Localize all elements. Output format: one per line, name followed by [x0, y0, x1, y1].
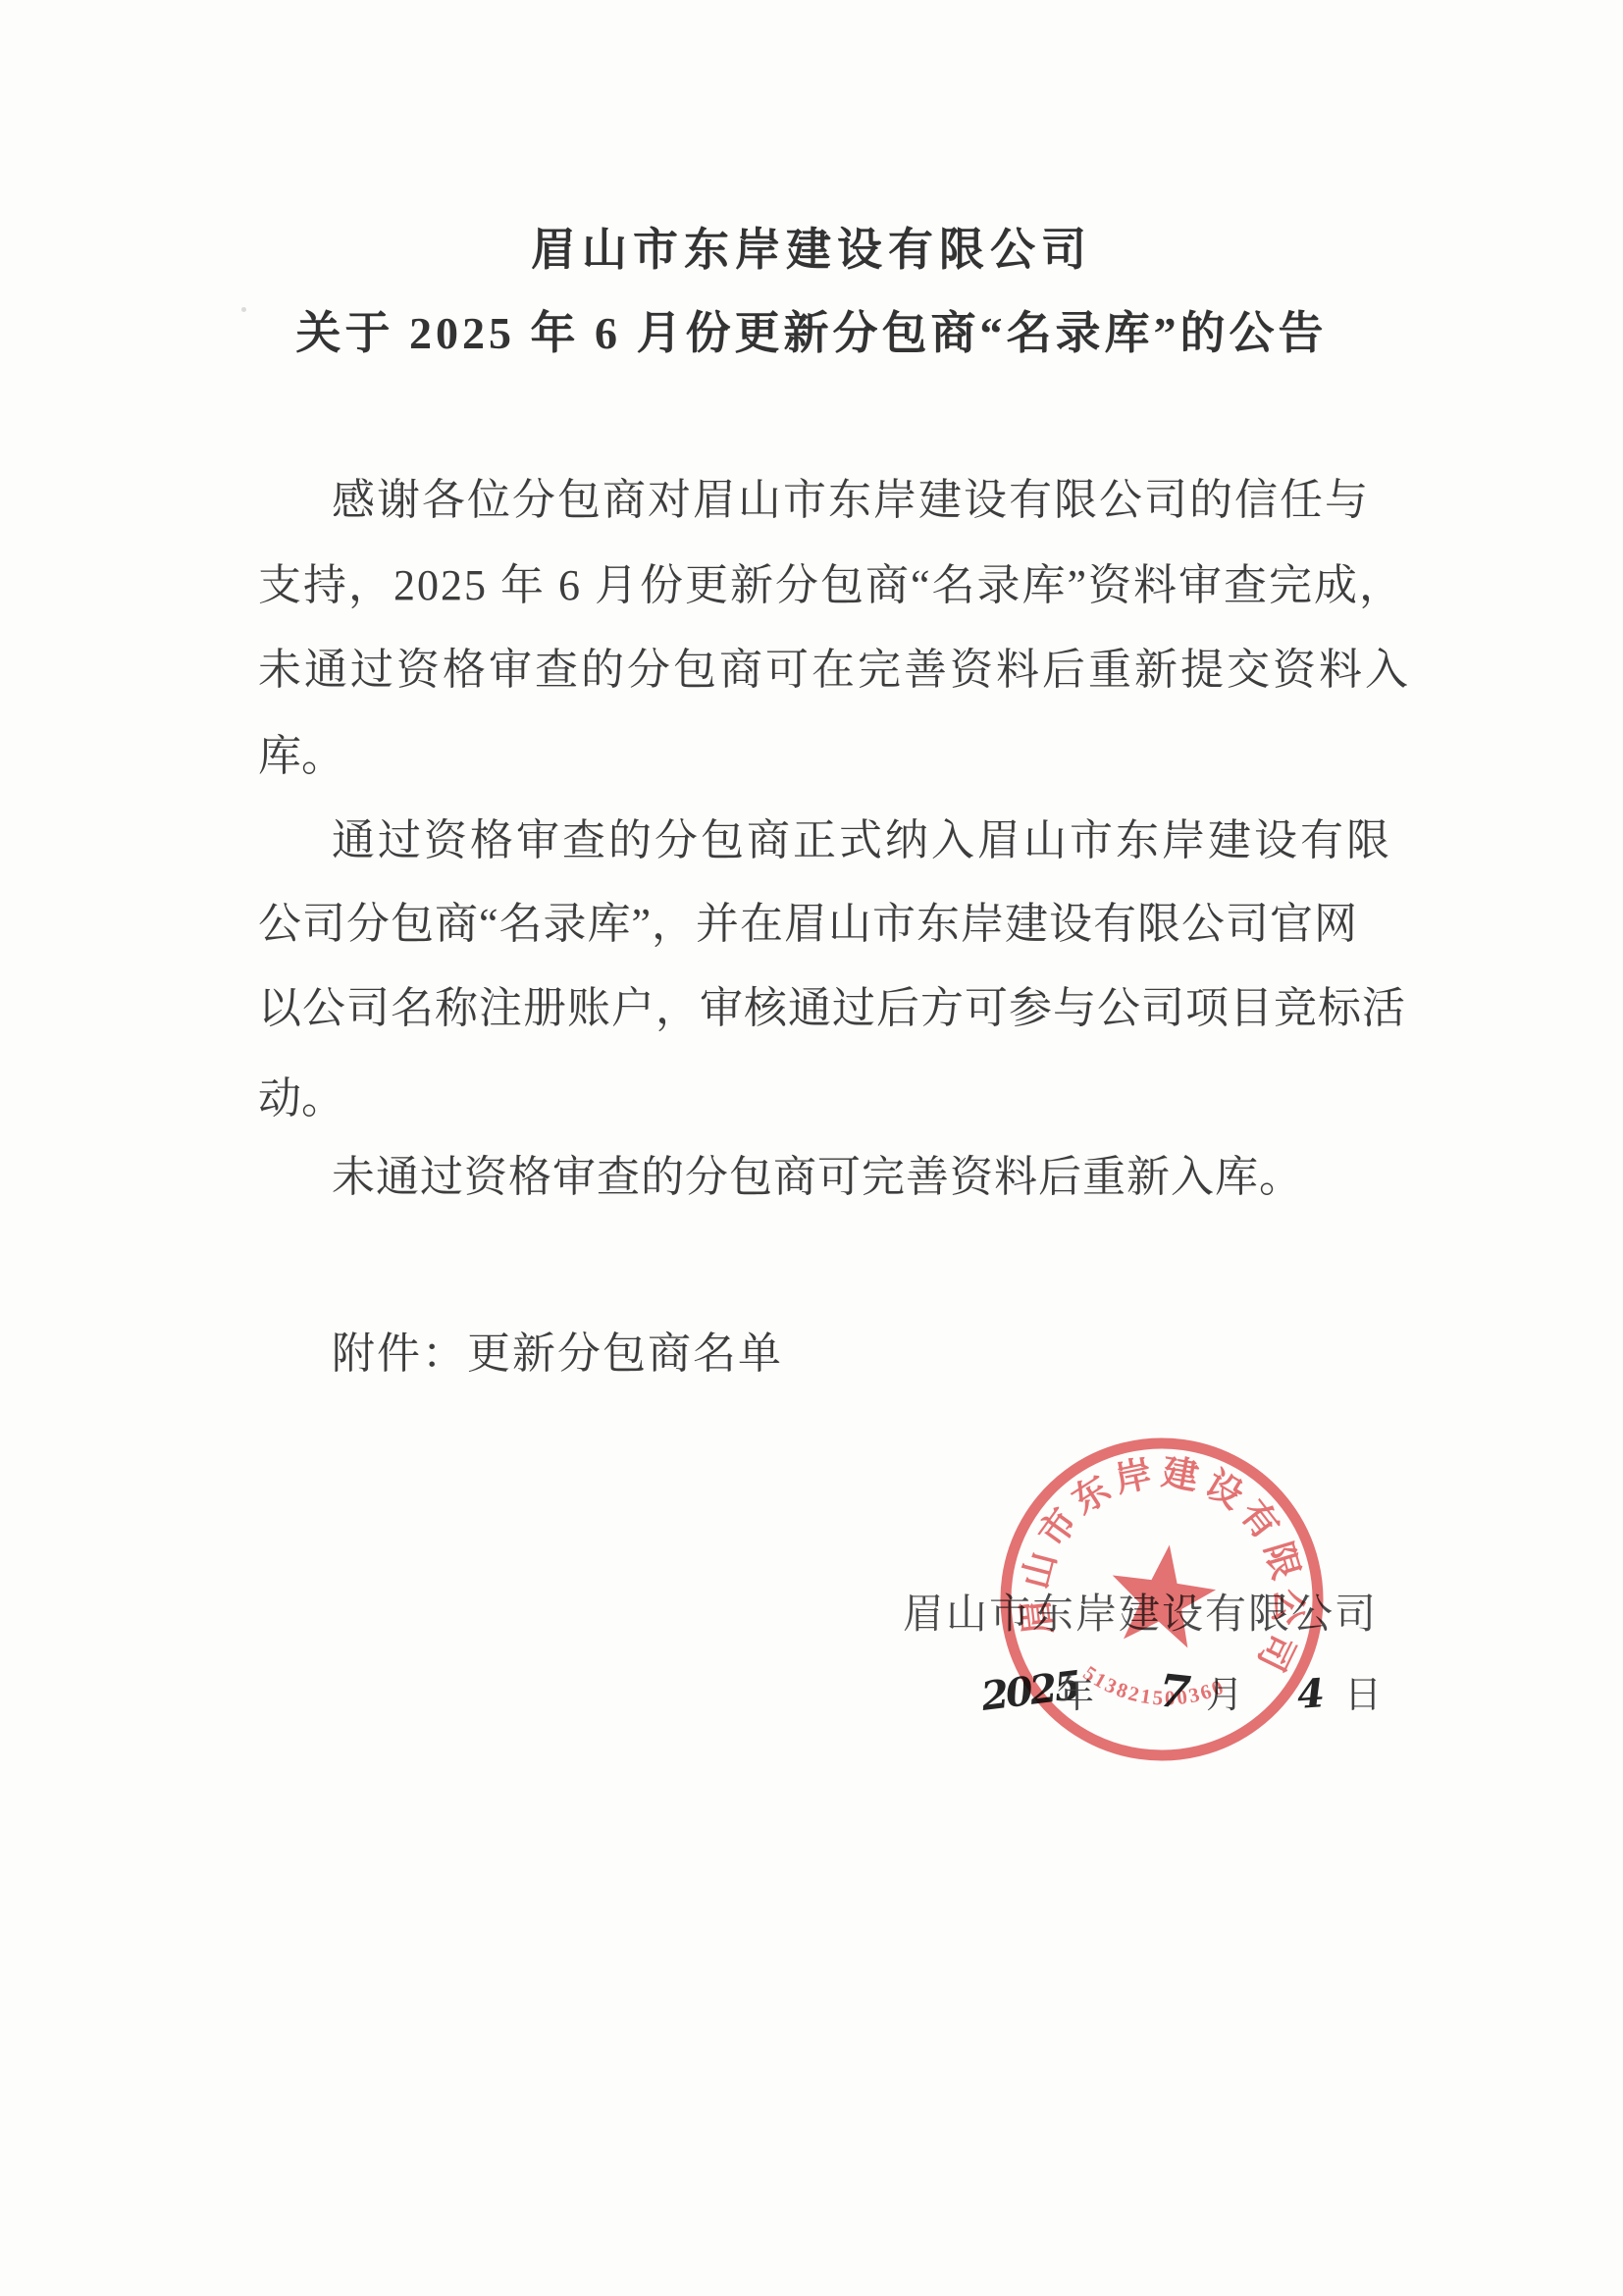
body-line: 动。 — [258, 1075, 344, 1122]
body-line: 未通过资格审查的分包商可在完善资料后重新提交资料入 — [258, 647, 1411, 694]
body-line: 感谢各位分包商对眉山市东岸建设有限公司的信任与 — [332, 477, 1370, 524]
scan-speck — [241, 307, 246, 312]
body-line: 通过资格审查的分包商正式纳入眉山市东岸建设有限 — [332, 817, 1392, 864]
document-title-company: 眉山市东岸建设有限公司 — [0, 214, 1623, 279]
attachment-note: 附件：更新分包商名单 — [332, 1331, 783, 1378]
seal-star-icon — [1104, 1538, 1221, 1650]
day-label: 日 — [1344, 1664, 1382, 1718]
body-line: 未通过资格审查的分包商可完善资料后重新入库。 — [332, 1154, 1303, 1201]
body-line: 库。 — [258, 733, 344, 780]
body-line: 公司分包商“名录库”，并在眉山市东岸建设有限公司官网 — [258, 901, 1358, 948]
company-seal-stamp-icon: 眉山市东岸建设有限公司 5138215003606 — [995, 1433, 1329, 1766]
scan-speck — [756, 677, 759, 681]
body-line: 支持，2025 年 6 月份更新分包商“名录库”资料审查完成， — [258, 562, 1404, 609]
body-line: 以公司名称注册账户，审核通过后方可参与公司项目竞标活 — [258, 985, 1406, 1032]
scanned-announcement-page: 眉山市东岸建设有限公司 关于 2025 年 6 月份更新分包商“名录库”的公告 … — [0, 0, 1623, 2296]
